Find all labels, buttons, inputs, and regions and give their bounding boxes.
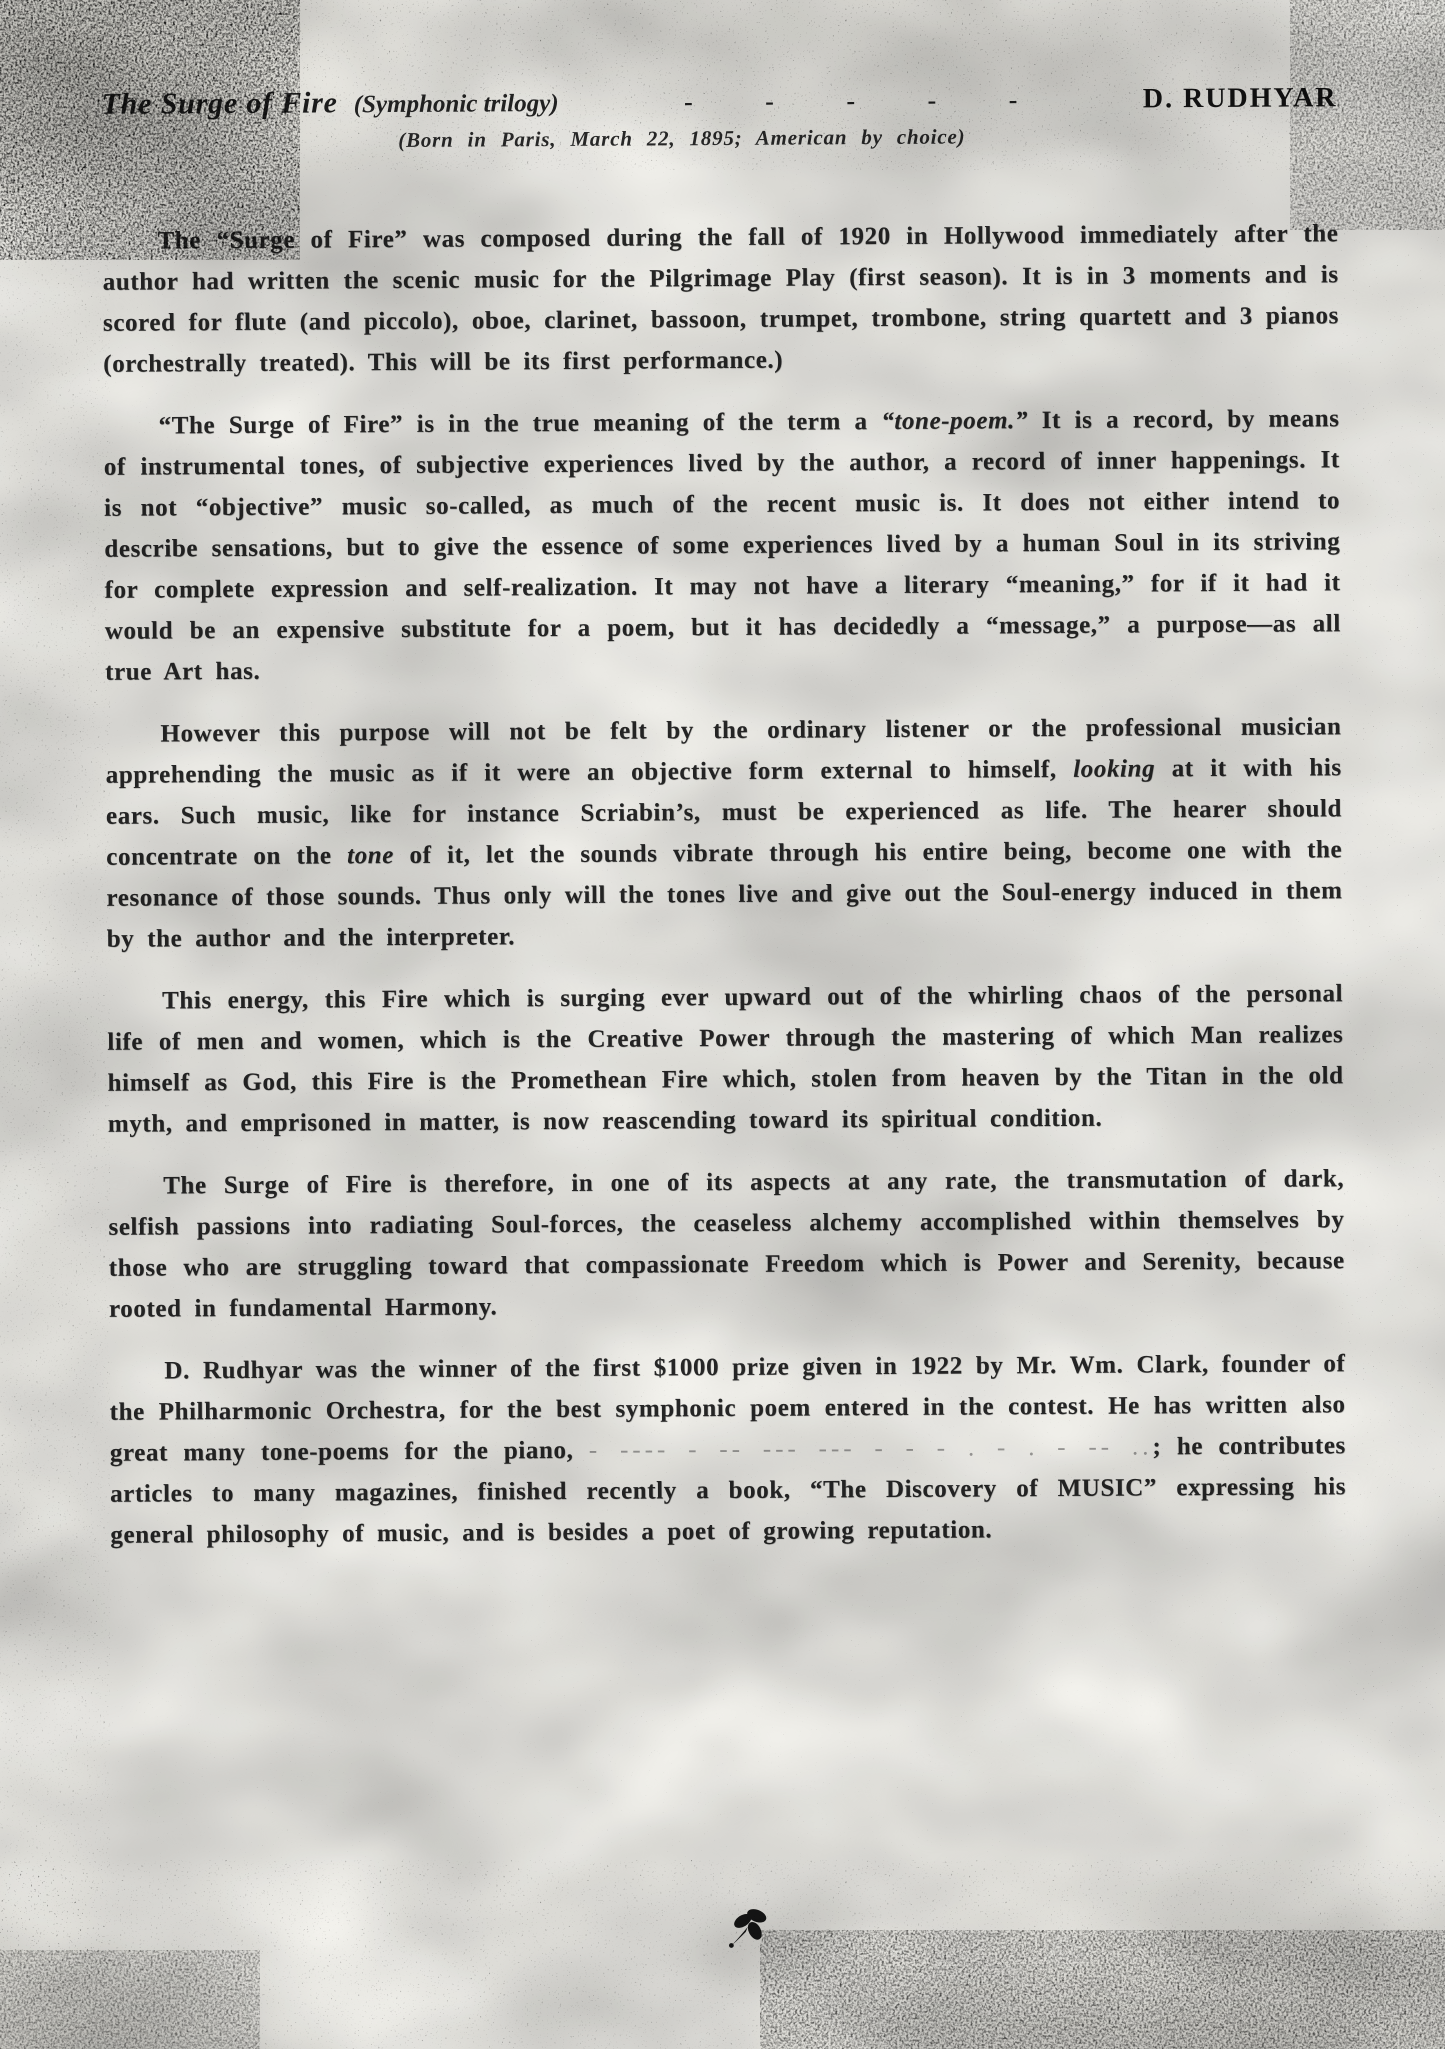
composer-birth-note: (Born in Paris, March 22, 1895; American… bbox=[162, 123, 1202, 154]
work-title-qualifier: (Symphonic trilogy) bbox=[354, 90, 559, 118]
page-content: The Surge of Fire (Symphonic trilogy) - … bbox=[102, 80, 1347, 1556]
title-line: The Surge of Fire (Symphonic trilogy) - … bbox=[102, 80, 1338, 122]
italic-text-segment: tone bbox=[347, 842, 394, 869]
work-title-text: The Surge of Fire bbox=[102, 86, 338, 120]
composer-name: D. RUDHYAR bbox=[1143, 82, 1338, 115]
redacted-smudge: - ---- - -- --- --- - - - . - . - -- .. bbox=[589, 1433, 1153, 1463]
text-segment: The “Surge of Fire” was composed during … bbox=[103, 220, 1339, 378]
title-author-dashes: - - - - - bbox=[559, 84, 1143, 118]
italic-text-segment: looking bbox=[1073, 755, 1155, 783]
paragraph-3: However this purpose will not be felt by… bbox=[105, 706, 1342, 960]
text-segment: It is a record, by means of instrumental… bbox=[104, 405, 1341, 686]
text-segment: “The Surge of Fire” is in the true meani… bbox=[159, 408, 882, 439]
clover-glyph bbox=[725, 1900, 773, 1952]
work-title: The Surge of Fire (Symphonic trilogy) bbox=[102, 85, 559, 122]
text-segment: This energy, this Fire which is surging … bbox=[107, 980, 1343, 1138]
scanned-program-page: The Surge of Fire (Symphonic trilogy) - … bbox=[0, 0, 1445, 2049]
clover-ornament-icon bbox=[725, 1900, 773, 1952]
document-body: The “Surge of Fire” was composed during … bbox=[102, 213, 1346, 1556]
text-segment: The Surge of Fire is therefore, in one o… bbox=[108, 1165, 1344, 1323]
document-header: The Surge of Fire (Symphonic trilogy) - … bbox=[102, 80, 1338, 155]
paragraph-6: D. Rudhyar was the winner of the first $… bbox=[109, 1343, 1346, 1556]
italic-text-segment: “tone-poem.” bbox=[881, 407, 1028, 435]
paragraph-4: This energy, this Fire which is surging … bbox=[107, 973, 1344, 1145]
paragraph-2: “The Surge of Fire” is in the true meani… bbox=[103, 398, 1341, 693]
paragraph-5: The Surge of Fire is therefore, in one o… bbox=[108, 1158, 1345, 1330]
paragraph-1: The “Surge of Fire” was composed during … bbox=[102, 213, 1339, 385]
